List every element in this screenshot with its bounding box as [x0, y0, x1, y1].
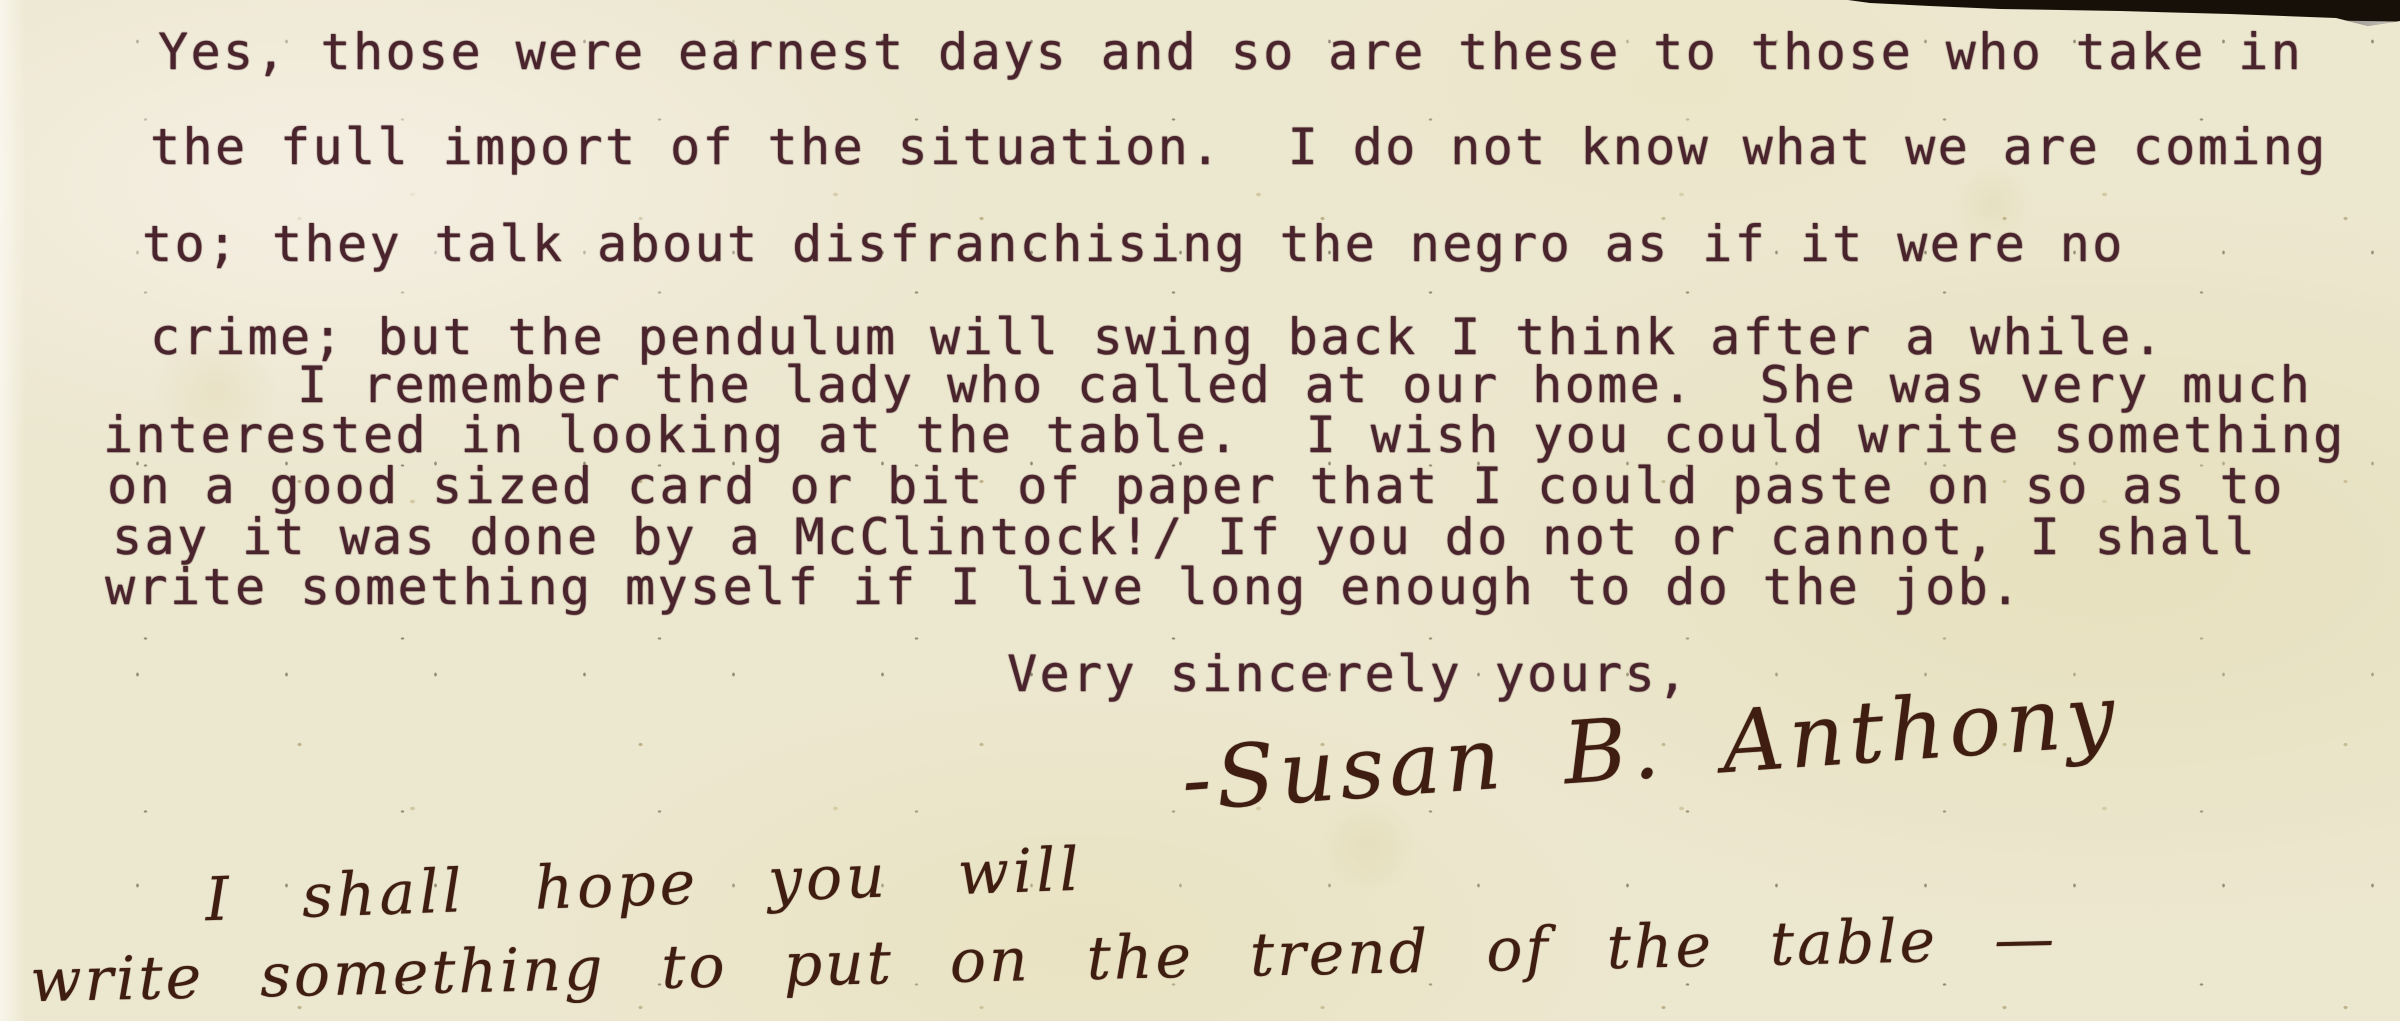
paper-left-edge [0, 0, 26, 1021]
typed-line: Yes, those were earnest days and so are … [158, 27, 2303, 77]
typed-line: I remember the lady who called at our ho… [297, 360, 2312, 410]
typed-line: to; they talk about disfranchising the n… [142, 219, 2125, 269]
letter-scan: Yes, those were earnest days and so are … [0, 0, 2400, 1021]
typed-line: interested in looking at the table. I wi… [103, 410, 2346, 460]
typed-line: crime; but the pendulum will swing back … [150, 312, 2165, 362]
typed-line: the full import of the situation. I do n… [150, 122, 2328, 172]
postscript-line: I shall hope you will [204, 840, 1083, 931]
typed-line: write something myself if I live long en… [105, 562, 2023, 612]
typed-line: on a good sized card or bit of paper tha… [107, 461, 2285, 511]
closing-line: Very sincerely yours, [1007, 649, 1690, 699]
typed-line: say it was done by a McClintock!/ If you… [112, 512, 2257, 562]
